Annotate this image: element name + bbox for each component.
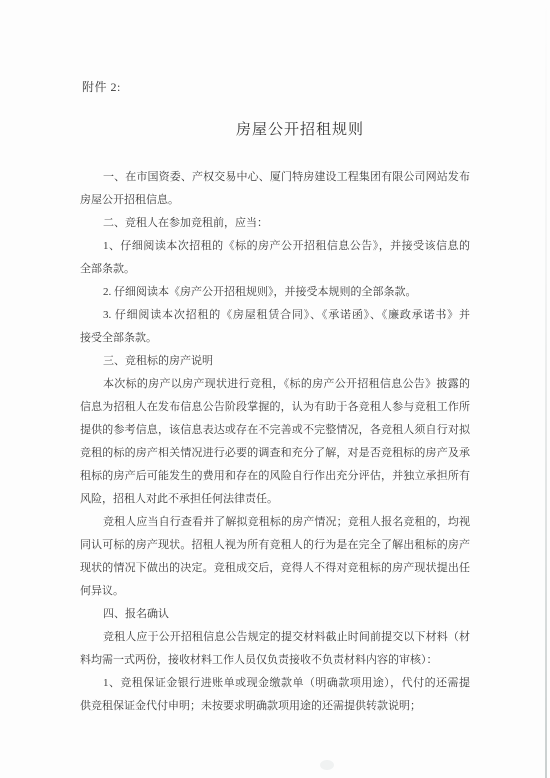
text-line: 何异议。 (80, 580, 470, 603)
document-title: 房屋公开招租规则 (0, 118, 550, 139)
text-line: 三、竞租标的房产说明 (80, 350, 470, 373)
text-line: 同认可标的房产现状。招租人视为所有竞租人的行为是在完全了解出租标的房产 (80, 534, 470, 557)
attachment-label: 附件 2: (82, 78, 121, 95)
text-line: 全部条款。 (80, 258, 470, 281)
text-line: 现状的情况下做出的决定。竞租成交后，竞得人不得对竞租标的房产现状提出任 (80, 557, 470, 580)
text-line: 接受全部条款。 (80, 327, 470, 350)
text-line: 供竞租保证金代付申明；未按要求明确款项用途的还需提供转款说明； (80, 695, 470, 718)
text-line: 竞租的标的房产相关情况进行必要的调查和充分了解，对是否竞租标的房产及承 (80, 442, 470, 465)
text-line: 本次标的房产以房产现状进行竞租，《标的房产公开招租信息公告》披露的 (80, 373, 470, 396)
document-page: 附件 2: 房屋公开招租规则 一、在市国资委、产权交易中心、厦门特房建设工程集团… (0, 0, 550, 778)
text-line: 一、在市国资委、产权交易中心、厦门特房建设工程集团有限公司网站发布 (80, 166, 470, 189)
text-line: 二、竞租人在参加竞租前，应当： (80, 212, 470, 235)
text-line: 风险，招租人对此不承担任何法律责任。 (80, 488, 470, 511)
text-line: 信息为招租人在发布信息公告阶段掌握的，认为有助于各竞租人参与竞租工作所 (80, 396, 470, 419)
text-line: 3. 仔细阅读本次招租的《房屋租赁合同》、《承诺函》、《廉政承诺书》并 (80, 304, 470, 327)
text-line: 1、仔细阅读本次招租的《标的房产公开招租信息公告》，并接受该信息的 (80, 235, 470, 258)
text-line: 2. 仔细阅读本《房产公开招租规则》，并接受本规则的全部条款。 (80, 281, 470, 304)
document-body: 一、在市国资委、产权交易中心、厦门特房建设工程集团有限公司网站发布房屋公开招租信… (80, 166, 470, 718)
text-line: 四、报名确认 (80, 603, 470, 626)
text-line: 料均需一式两份，接收材料工作人员仅负责接收不负责材料内容的审核）： (80, 649, 470, 672)
scan-smudge (320, 760, 334, 770)
text-line: 房屋公开招租信息。 (80, 189, 470, 212)
text-line: 1、竞租保证金银行进账单或现金缴款单（明确款项用途），代付的还需提 (80, 672, 470, 695)
text-line: 竞租人应于公开招租信息公告规定的提交材料截止时间前提交以下材料（材 (80, 626, 470, 649)
text-line: 竞租人应当自行查看并了解拟竞租标的房产情况；竞租人报名竞租的，均视 (80, 511, 470, 534)
text-line: 租标的房产后可能发生的费用和存在的风险自行作出充分评估，并独立承担所有 (80, 465, 470, 488)
scan-edge-shadow (545, 0, 547, 778)
text-line: 提供的参考信息，该信息表达或存在不完善或不完整情况，各竞租人须自行对拟 (80, 419, 470, 442)
